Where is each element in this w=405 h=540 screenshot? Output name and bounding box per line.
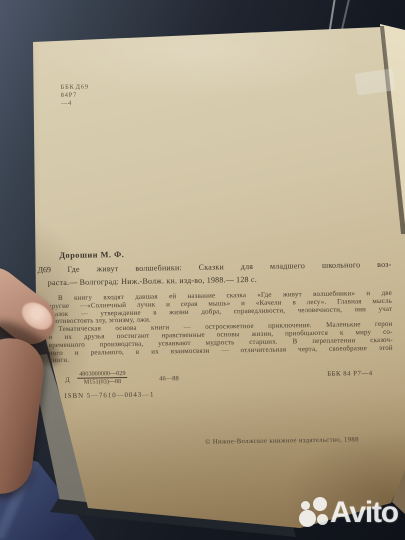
imprint-order-number: 46—88 (159, 375, 179, 382)
avito-logo-icon (313, 497, 327, 511)
avito-watermark: Avito (296, 492, 405, 538)
stamp-code: Д69 (76, 84, 89, 92)
photo-scene: ББК 84Р7—4 Д69 Дорошин М. Ф. Д69 Где жив… (0, 0, 405, 540)
page-text: ББК 84Р7—4 Д69 Дорошин М. Ф. Д69 Где жив… (0, 0, 405, 540)
imprint-denominator: М151(03)—88 (77, 378, 128, 386)
avito-wordmark: Avito (330, 496, 398, 530)
imprint-letter: Д (65, 377, 70, 384)
bib-index-code: Д69 (37, 265, 51, 274)
avito-logo-icon (301, 501, 310, 510)
bib-description-line: раста.— Волгоград: Ниж.-Волж. кн. изд-во… (48, 274, 257, 286)
author-name: Дорошин М. Ф. (59, 250, 124, 260)
isbn: ISBN 5—7610—0043—1 (64, 391, 154, 400)
imprint-fraction: 4803000000—029 М151(03)—88 (77, 369, 128, 386)
avito-logo-icon (317, 514, 328, 525)
avito-logo-icon (299, 510, 316, 527)
bib-description-line: Где живут волшебники: Сказки для младшег… (67, 260, 391, 274)
imprint-bbk: ББК 84 Р7—4 (327, 370, 373, 378)
annotation-paragraphs: В книгу входят давшая ей название сказка… (48, 290, 393, 366)
copyright-line: © Нижне-Волжское книжное издательство, 1… (205, 436, 359, 445)
